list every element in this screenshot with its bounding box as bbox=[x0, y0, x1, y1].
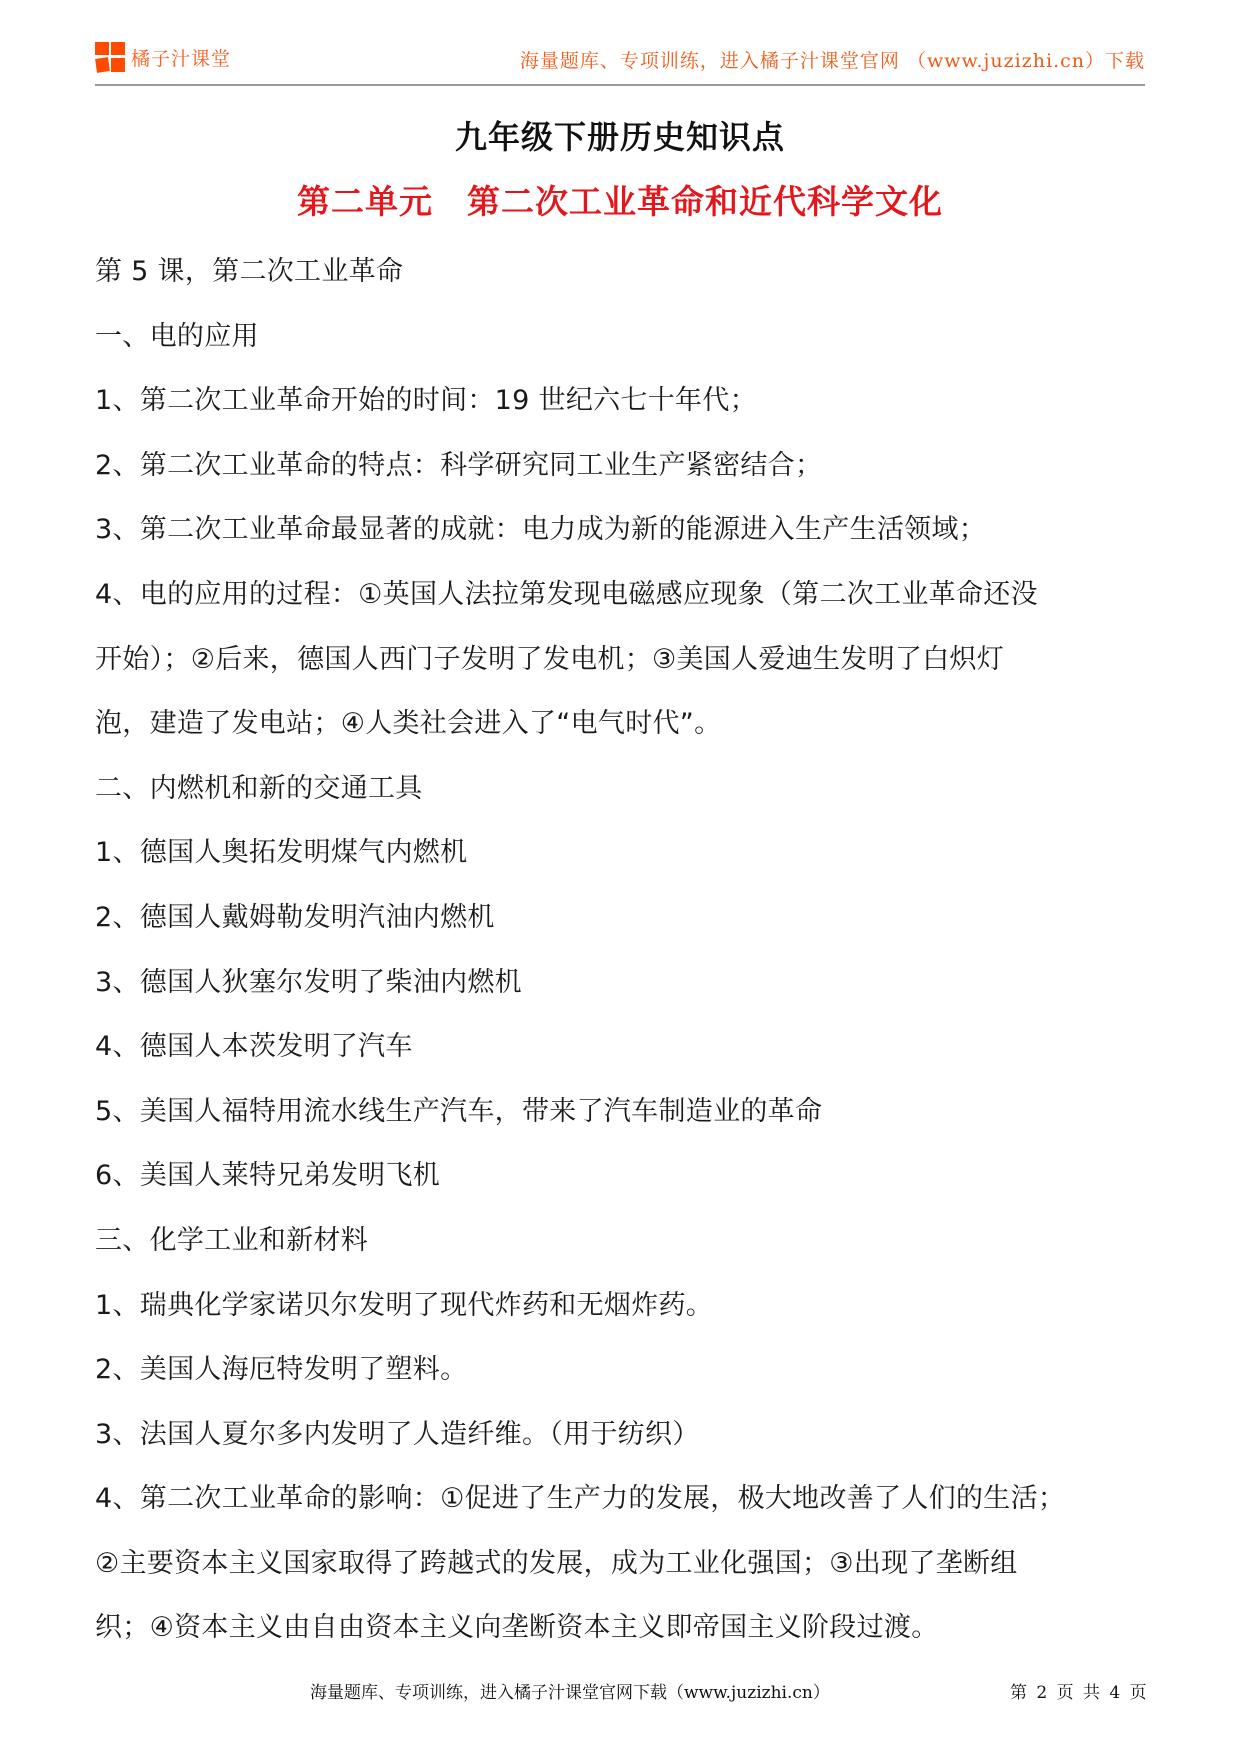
body-line: 6、美国人莱特兄弟发明飞机 bbox=[95, 1144, 1150, 1209]
footer-slogan: 海量题库、专项训练，进入橘子汁课堂官网下载（www.juzizhi.cn） bbox=[310, 1678, 830, 1703]
body-line: 1、瑞典化学家诺贝尔发明了现代炸药和无烟炸药。 bbox=[95, 1274, 1150, 1339]
logo-text: 橘子汁课堂 bbox=[131, 44, 231, 71]
body-line: 5、美国人福特用流水线生产汽车，带来了汽车制造业的革命 bbox=[95, 1080, 1150, 1145]
body-line: 3、德国人狄塞尔发明了柴油内燃机 bbox=[95, 951, 1150, 1016]
document-title: 九年级下册历史知识点 bbox=[0, 112, 1240, 158]
body-line: 1、第二次工业革命开始的时间：19 世纪六七十年代； bbox=[95, 369, 1150, 434]
body-line: 开始）；②后来，德国人西门子发明了发电机；③美国人爱迪生发明了白炽灯 bbox=[95, 628, 1150, 693]
unit-subtitle: 第二单元 第二次工业革命和近代科学文化 bbox=[0, 176, 1240, 223]
logo-squares-icon bbox=[95, 42, 125, 72]
body-line: 3、法国人夏尔多内发明了人造纤维。（用于纺织） bbox=[95, 1403, 1150, 1468]
body-line: 织；④资本主义由自由资本主义向垄断资本主义即帝国主义阶段过渡。 bbox=[95, 1596, 1150, 1661]
section-heading: 三、化学工业和新材料 bbox=[95, 1209, 1150, 1274]
document-body: 第 5 课，第二次工业革命 一、电的应用 1、第二次工业革命开始的时间：19 世… bbox=[95, 240, 1150, 1661]
section-heading: 二、内燃机和新的交通工具 bbox=[95, 757, 1150, 822]
body-line: 3、第二次工业革命最显著的成就：电力成为新的能源进入生产生活领域； bbox=[95, 498, 1150, 563]
header-divider bbox=[95, 84, 1145, 86]
section-heading: 一、电的应用 bbox=[95, 305, 1150, 370]
header-slogan: 海量题库、专项训练，进入橘子汁课堂官网 （www.juzizhi.cn）下载 bbox=[520, 46, 1145, 73]
body-line: 2、第二次工业革命的特点：科学研究同工业生产紧密结合； bbox=[95, 434, 1150, 499]
body-line: 泡，建造了发电站；④人类社会进入了“电气时代”。 bbox=[95, 692, 1150, 757]
body-line: 4、第二次工业革命的影响：①促进了生产力的发展，极大地改善了人们的生活； bbox=[95, 1467, 1150, 1532]
body-line: ②主要资本主义国家取得了跨越式的发展，成为工业化强国；③出现了垄断组 bbox=[95, 1532, 1150, 1597]
body-line: 4、德国人本茨发明了汽车 bbox=[95, 1015, 1150, 1080]
page-header: 橘子汁课堂 海量题库、专项训练，进入橘子汁课堂官网 （www.juzizhi.c… bbox=[95, 38, 1145, 84]
brand-logo: 橘子汁课堂 bbox=[95, 42, 231, 72]
page-number: 第 2 页 共 4 页 bbox=[1010, 1678, 1149, 1703]
body-line: 1、德国人奥拓发明煤气内燃机 bbox=[95, 821, 1150, 886]
body-line: 4、电的应用的过程：①英国人法拉第发现电磁感应现象（第二次工业革命还没 bbox=[95, 563, 1150, 628]
body-line: 2、美国人海厄特发明了塑料。 bbox=[95, 1338, 1150, 1403]
lesson-heading: 第 5 课，第二次工业革命 bbox=[95, 240, 1150, 305]
body-line: 2、德国人戴姆勒发明汽油内燃机 bbox=[95, 886, 1150, 951]
